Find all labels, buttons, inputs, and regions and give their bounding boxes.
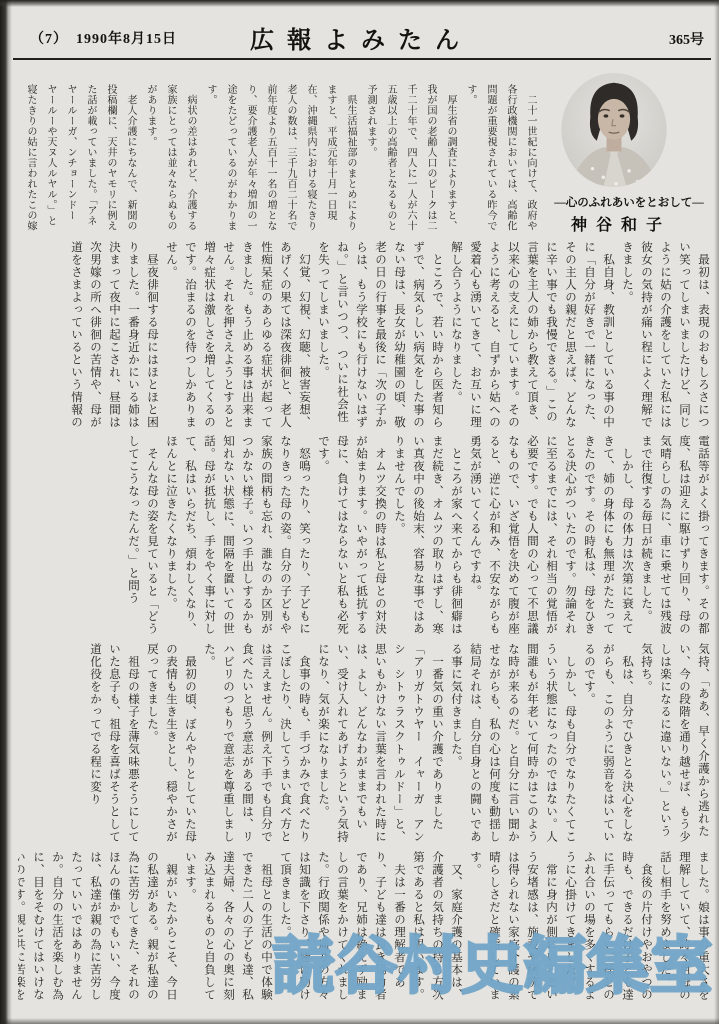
scan-edge-top [0, 0, 719, 7]
header-rule [13, 58, 711, 60]
article-text-block-3: 電話等がよく掛ってきます。その都度、私は迎えに駆けずり回り、母の気晴らしの為に、… [18, 435, 712, 639]
scan-edge-left [0, 0, 12, 1024]
newspaper-page: （7） 1990年8月15日 広報よみたん 365号 二十一世紀に向けて、政府や… [0, 0, 719, 1024]
photo-caption: ―心のふれあいをとおして― [540, 194, 718, 210]
issue-number: 365号 [669, 29, 704, 49]
article-text-block-2: 最初は、表現のおもしろさについ笑ってしまいましたけど、同じように姑の介護をしてい… [18, 241, 712, 431]
scan-edge-right [714, 0, 719, 1024]
archive-watermark: 読谷村史編集室 [272, 916, 713, 1005]
author-name: 神谷和子 [546, 212, 696, 235]
photo-block: ―心のふれあいをとおして― 神谷和子 [546, 70, 712, 232]
page-header: （7） 1990年8月15日 広報よみたん 365号 [16, 20, 706, 54]
article-text-block-4: 気持、「ああ、早く介護から逃れたい、今の段階を通り越せば、もう少しは楽になるに違… [18, 643, 712, 847]
portrait-photo [560, 72, 668, 188]
article-text-block-1: 二十一世紀に向けて、政府や各行政機関においては、高齢化問題が重要視されている昨今… [18, 84, 540, 232]
scan-edge-bottom [0, 1018, 719, 1024]
newspaper-title: 広報よみたん [16, 20, 706, 55]
